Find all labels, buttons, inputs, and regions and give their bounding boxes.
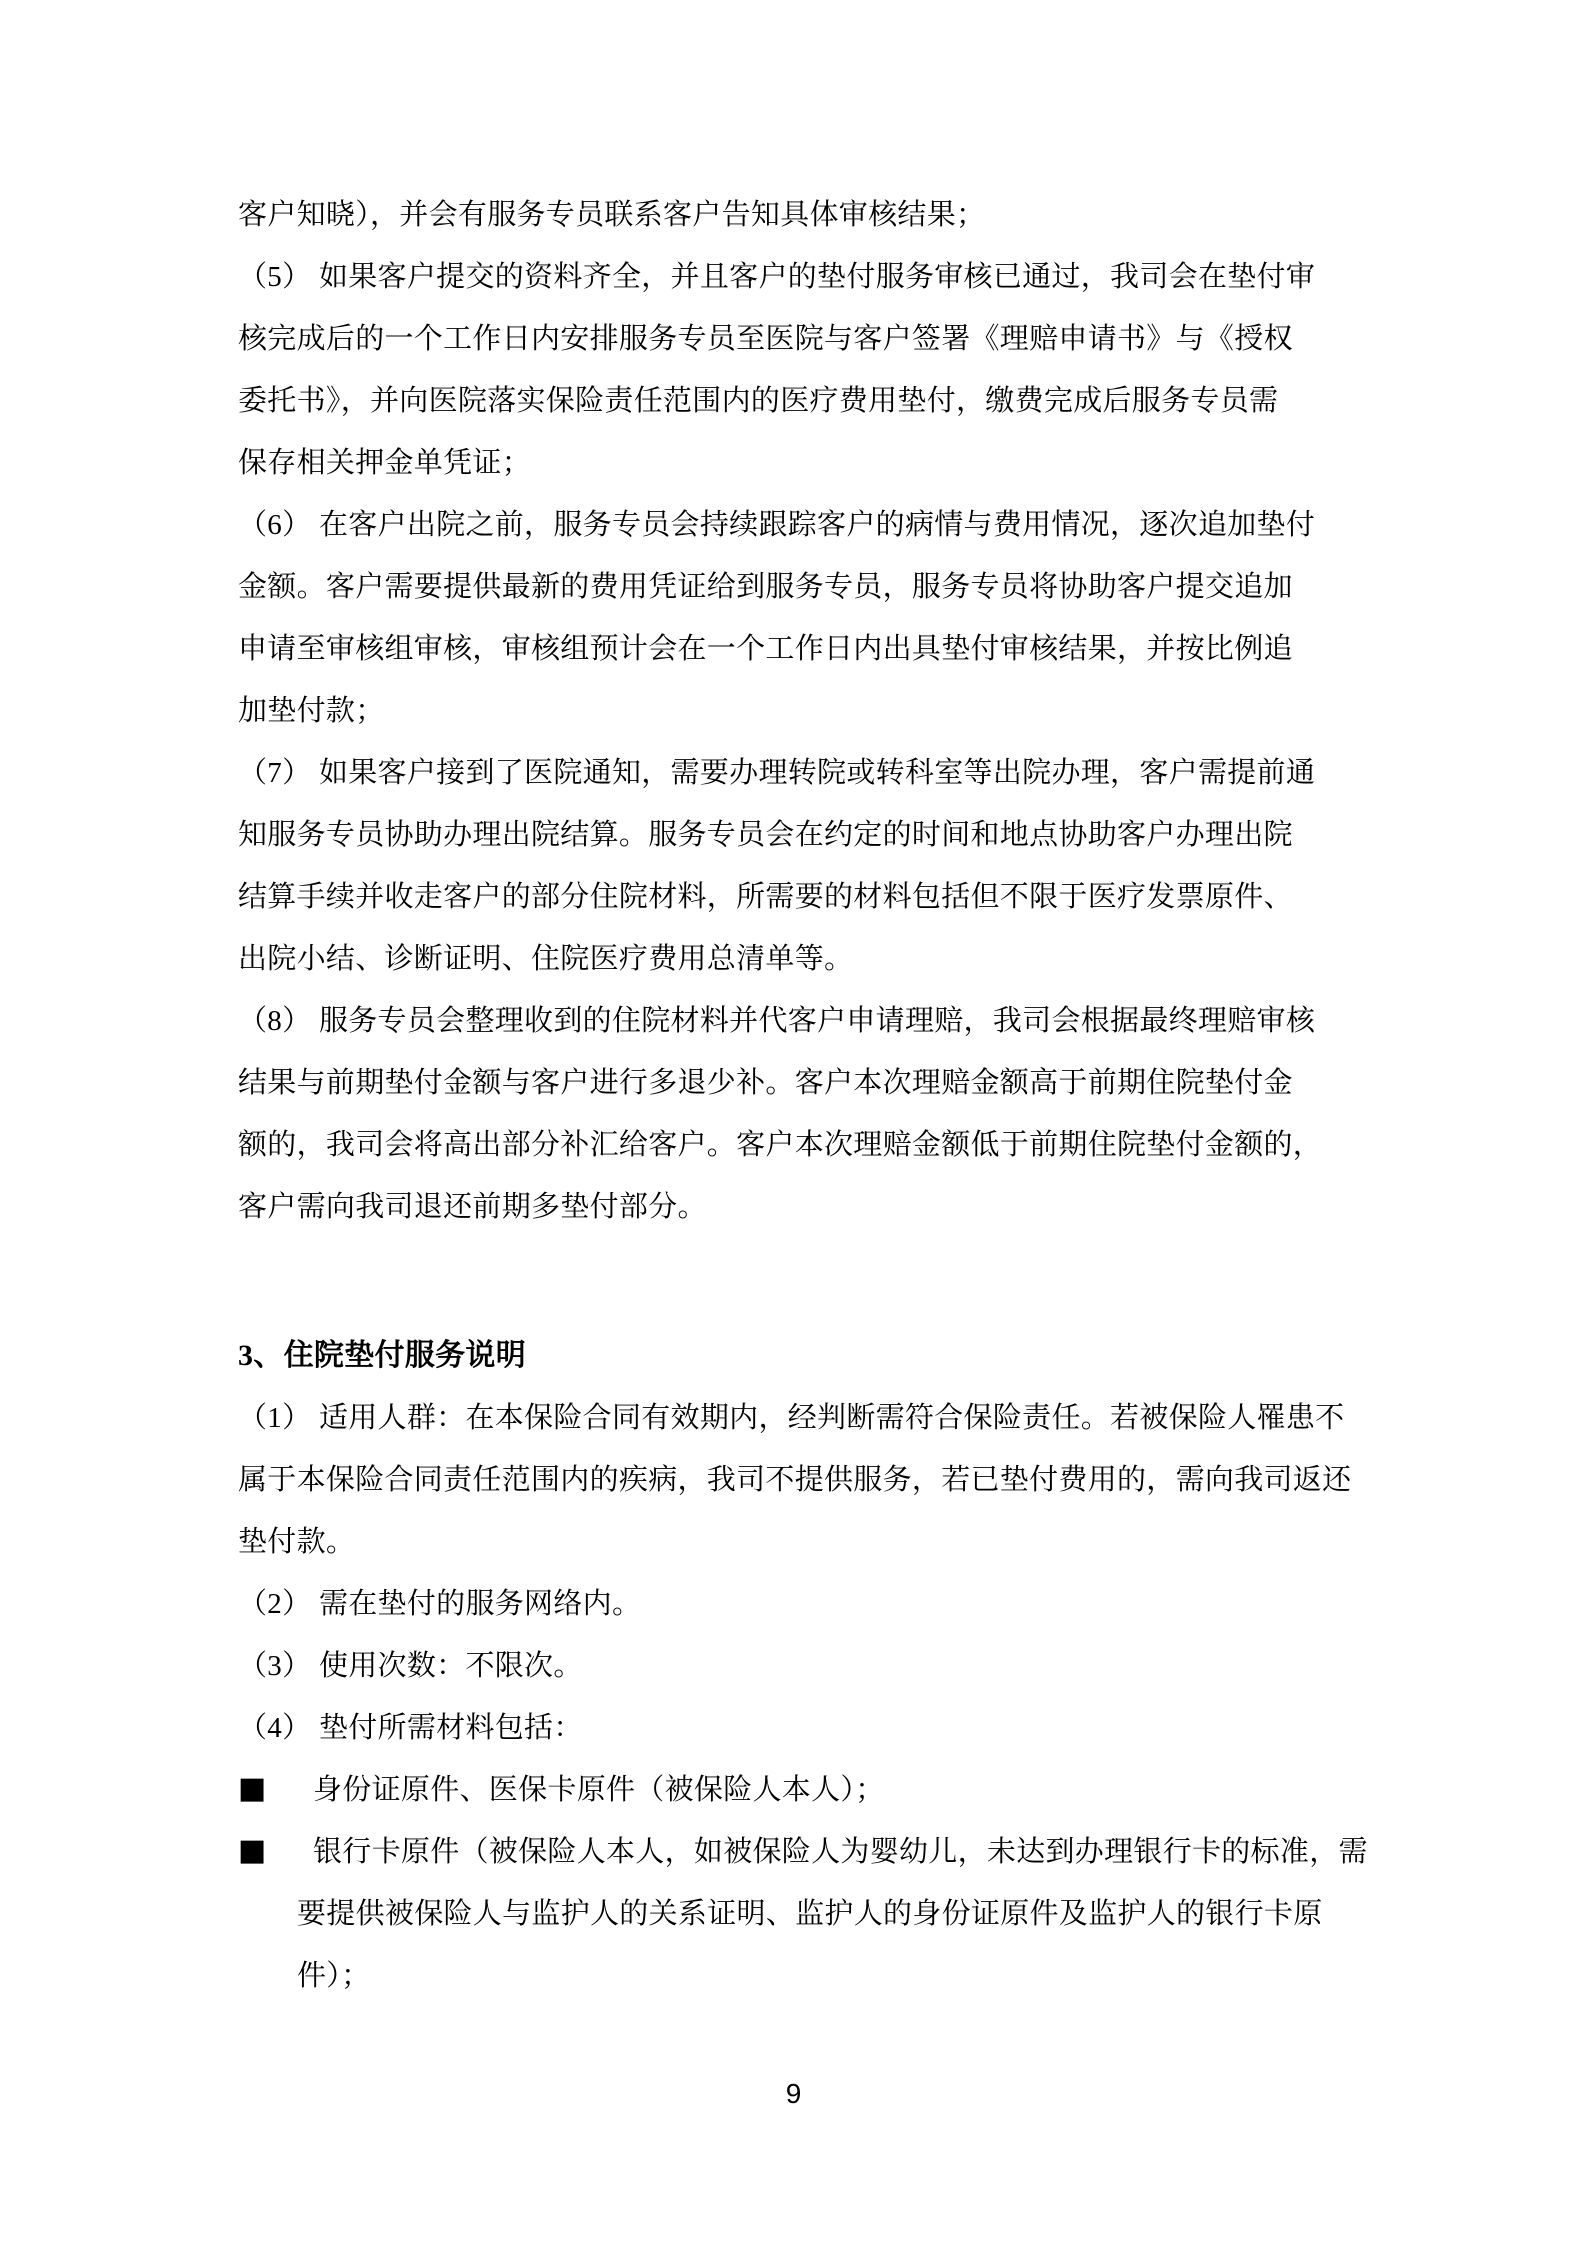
text-line: （1） 适用人群：在本保险合同有效期内，经判断需符合保险责任。若被保险人罹患不 bbox=[238, 1387, 1418, 1449]
document-page: 客户知晓），并会有服务专员联系客户告知具体审核结果；（5） 如果客户提交的资料齐… bbox=[0, 0, 1587, 2245]
page-number: 9 bbox=[786, 2078, 802, 2109]
bullet-square-icon: ■ bbox=[238, 1821, 267, 1883]
bullet-list: ■身份证原件、医保卡原件（被保险人本人）；■银行卡原件（被保险人本人，如被保险人… bbox=[238, 1759, 1418, 2007]
text-line: （4） 垫付所需材料包括： bbox=[238, 1697, 1418, 1759]
text-line: （5） 如果客户提交的资料齐全，并且客户的垫付服务审核已通过，我司会在垫付审 bbox=[238, 246, 1418, 308]
bullet-text: 身份证原件、医保卡原件（被保险人本人）； bbox=[313, 1774, 885, 1806]
text-line: 客户知晓），并会有服务专员联系客户告知具体审核结果； bbox=[238, 184, 1418, 246]
body-paragraph-lines: 客户知晓），并会有服务专员联系客户告知具体审核结果；（5） 如果客户提交的资料齐… bbox=[238, 184, 1418, 1238]
text-line: （8） 服务专员会整理收到的住院材料并代客户申请理赔，我司会根据最终理赔审核 bbox=[238, 990, 1418, 1052]
text-line: 委托书》，并向医院落实保险责任范围内的医疗费用垫付，缴费完成后服务专员需 bbox=[238, 370, 1418, 432]
text-line: 出院小结、诊断证明、住院医疗费用总清单等。 bbox=[238, 928, 1418, 990]
text-line: （7） 如果客户接到了医院通知，需要办理转院或转科室等出院办理，客户需提前通 bbox=[238, 742, 1418, 804]
page-footer: 9 bbox=[0, 2076, 1587, 2112]
text-line: 结果与前期垫付金额与客户进行多退少补。客户本次理赔金额高于前期住院垫付金 bbox=[238, 1052, 1418, 1114]
text-line: 申请至审核组审核，审核组预计会在一个工作日内出具垫付审核结果，并按比例追 bbox=[238, 618, 1418, 680]
bullet-text: 银行卡原件（被保险人本人，如被保险人为婴幼儿，未达到办理银行卡的标准，需 bbox=[313, 1836, 1368, 1868]
text-line: 客户需向我司退还前期多垫付部分。 bbox=[238, 1176, 1418, 1238]
section-lines: （1） 适用人群：在本保险合同有效期内，经判断需符合保险责任。若被保险人罹患不属… bbox=[238, 1387, 1418, 1759]
section-heading: 3、住院垫付服务说明 bbox=[238, 1325, 1418, 1387]
page-content: 客户知晓），并会有服务专员联系客户告知具体审核结果；（5） 如果客户提交的资料齐… bbox=[238, 184, 1418, 2007]
bullet-item-line: ■银行卡原件（被保险人本人，如被保险人为婴幼儿，未达到办理银行卡的标准，需 bbox=[238, 1821, 1418, 1883]
text-line: （3） 使用次数：不限次。 bbox=[238, 1635, 1418, 1697]
bullet-square-icon: ■ bbox=[238, 1759, 267, 1821]
text-line: 金额。客户需要提供最新的费用凭证给到服务专员，服务专员将协助客户提交追加 bbox=[238, 556, 1418, 618]
bullet-item-line: ■身份证原件、医保卡原件（被保险人本人）； bbox=[238, 1759, 1418, 1821]
bullet-continuation-line: 要提供被保险人与监护人的关系证明、监护人的身份证原件及监护人的银行卡原 bbox=[238, 1883, 1418, 1945]
text-line: 结算手续并收走客户的部分住院材料，所需要的材料包括但不限于医疗发票原件、 bbox=[238, 866, 1418, 928]
text-line: 额的，我司会将高出部分补汇给客户。客户本次理赔金额低于前期住院垫付金额的， bbox=[238, 1114, 1418, 1176]
text-line: （6） 在客户出院之前，服务专员会持续跟踪客户的病情与费用情况，逐次追加垫付 bbox=[238, 494, 1418, 556]
text-line: （2） 需在垫付的服务网络内。 bbox=[238, 1573, 1418, 1635]
text-line: 核完成后的一个工作日内安排服务专员至医院与客户签署《理赔申请书》与《授权 bbox=[238, 308, 1418, 370]
text-line: 属于本保险合同责任范围内的疾病，我司不提供服务，若已垫付费用的，需向我司返还 bbox=[238, 1449, 1418, 1511]
text-line: 保存相关押金单凭证； bbox=[238, 432, 1418, 494]
text-line: 加垫付款； bbox=[238, 680, 1418, 742]
text-line: 垫付款。 bbox=[238, 1511, 1418, 1573]
text-line: 知服务专员协助办理出院结算。服务专员会在约定的时间和地点协助客户办理出院 bbox=[238, 804, 1418, 866]
bullet-continuation-line: 件）； bbox=[238, 1945, 1418, 2007]
